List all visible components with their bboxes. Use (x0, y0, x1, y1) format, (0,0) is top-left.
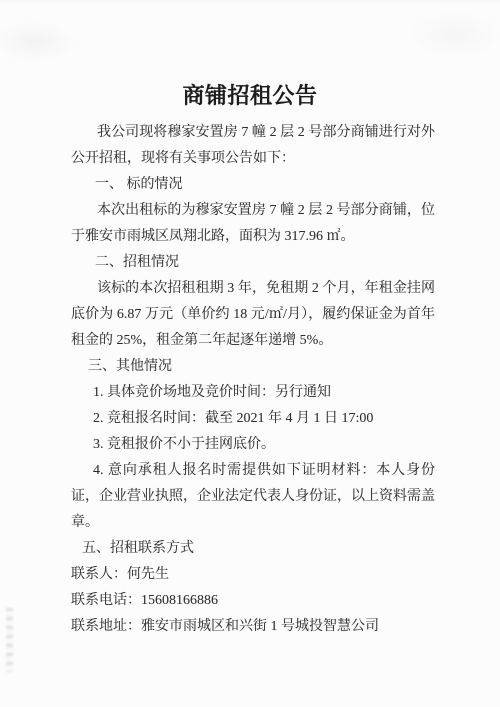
section-2-paragraph: 该标的本次招租租期 3 年，免租期 2 个月，年租金挂网底价为 6.87 万元（… (71, 276, 435, 354)
section-1-heading: 一、 标的情况 (71, 172, 435, 198)
list-item-1: 1. 具体竞价场地及竞价时间：另行通知 (71, 380, 435, 406)
intro-paragraph: 我公司现将穆家安置房 7 幢 2 层 2 号部分商铺进行对外公开招租，现将有关事… (71, 120, 435, 172)
section-5-heading: 五、招租联系方式 (71, 536, 435, 562)
section-3-heading: 三、其他情况 (71, 354, 435, 380)
document-body: 我公司现将穆家安置房 7 幢 2 层 2 号部分商铺进行对外公开招租，现将有关事… (71, 120, 435, 640)
contact-address-line: 联系地址：雅安市雨城区和兴街 1 号城投智慧公司 (71, 614, 435, 640)
list-item-2: 2. 竞租报名时间：截至 2021 年 4 月 1 日 17:00 (71, 406, 435, 432)
scan-artifact (6, 608, 13, 672)
list-item-3: 3. 竞租报价不小于挂网底价。 (71, 432, 435, 458)
scanned-document-page: 商铺招租公告 我公司现将穆家安置房 7 幢 2 层 2 号部分商铺进行对外公开招… (0, 0, 500, 707)
contact-person-line: 联系人：何先生 (71, 562, 435, 588)
section-1-paragraph: 本次出租标的为穆家安置房 7 幢 2 层 2 号部分商铺，位于雅安市雨城区凤翔北… (71, 198, 435, 250)
document-title: 商铺招租公告 (0, 79, 500, 110)
section-2-heading: 二、招租情况 (71, 250, 435, 276)
contact-phone-line: 联系电话：15608166886 (71, 588, 435, 614)
list-item-4: 4. 意向承租人报名时需提供如下证明材料：本人身份证，企业营业执照，企业法定代表… (71, 458, 435, 536)
